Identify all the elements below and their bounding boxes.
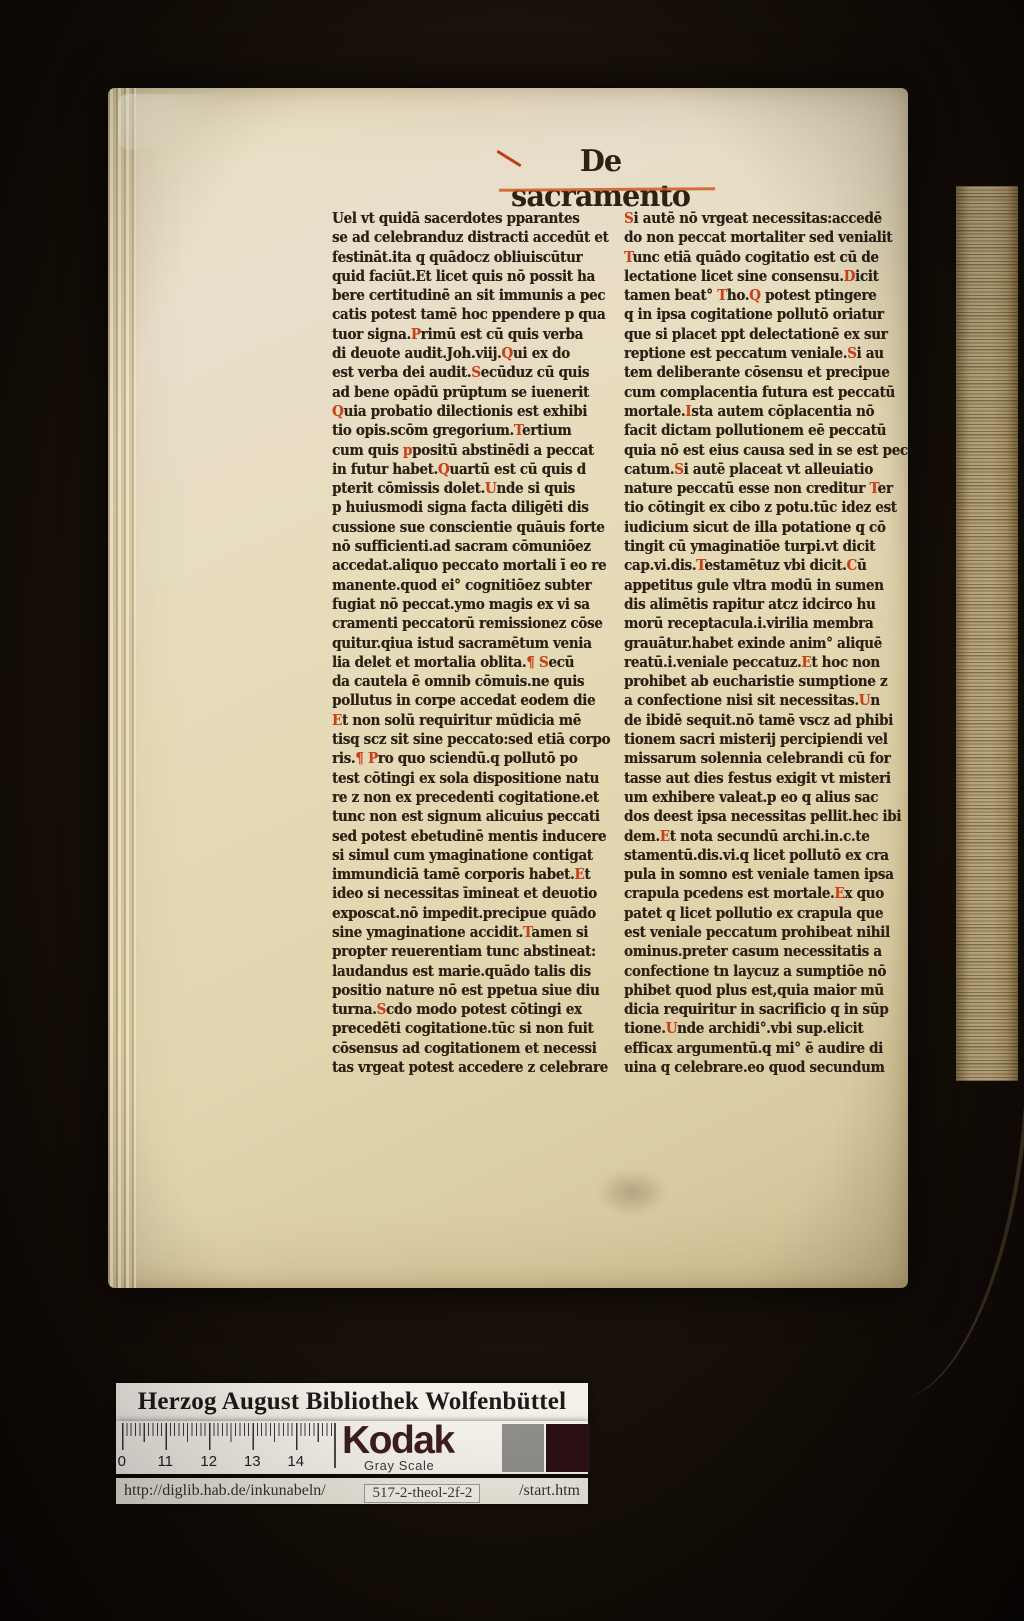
text-line: tionem sacri misterij percipiendi vel [624, 730, 882, 749]
text-line: est veniale peccatum prohibeat nihil [624, 923, 882, 942]
text-line: Si autē nō vrgeat necessitas:accedē [624, 209, 882, 228]
text-line: di deuote audit.Joh.viij.Qui ex do [332, 344, 590, 363]
ruler-unit-ticks [122, 1423, 336, 1450]
text-line: propter reuerentiam tunc abstineat: [332, 942, 590, 961]
text-line: patet q licet pollutio ex crapula que [624, 904, 882, 923]
text-line: facit dictam pollutionem eē peccatū [624, 421, 882, 440]
ruler-number: 14 [274, 1453, 318, 1470]
text-line: quitur.qiua istud sacramētum venia [332, 634, 590, 653]
url-strip: http://diglib.hab.de/inkunabeln/ 517-2-t… [116, 1478, 588, 1504]
text-line: sed potest ebetudinē mentis inducere [332, 827, 590, 846]
text-line: bere certitudinē an sit immunis a pec [332, 286, 590, 305]
ruler-separator [334, 1423, 336, 1468]
text-line: cramenti peccatorū remissionez cōse [332, 614, 590, 633]
page-deckle-edge [108, 88, 136, 1288]
text-line: cōsensus ad cogitationem et necessi [332, 1039, 590, 1058]
text-line: Uel vt quidā sacerdotes pparantes [332, 209, 590, 228]
text-line: fugiat nō peccat.ymo magis ex vi sa [332, 595, 590, 614]
ruler-numbers: 011121314 [100, 1451, 340, 1470]
text-line: si simul cum ymaginatione contigat [332, 846, 590, 865]
text-line: appetitus gule vltra modū in sumen [624, 576, 882, 595]
text-line: test cōtingi ex sola dispositione natu [332, 769, 590, 788]
text-line: lia delet et mortalia oblita.¶ Secū [332, 653, 590, 672]
text-line: pula in somno est veniale tamen ipsa [624, 865, 882, 884]
gray-scale-label: Gray Scale [364, 1458, 434, 1473]
text-line: dicia requiritur in sacrificio q in sūp [624, 1000, 882, 1019]
text-line: quid faciūt.Et licet quis nō possit ha [332, 267, 590, 286]
text-line: accedat.aliquo peccato mortali ī eo re [332, 556, 590, 575]
text-line: que si placet ppt delectationē ex sur [624, 325, 882, 344]
text-line: p huiusmodi signa facta diligēti dis [332, 498, 590, 517]
text-line: pollutus in corpe accedat eodem die [332, 691, 590, 710]
text-line: tione.Unde archidi°.vbi sup.elicit [624, 1019, 882, 1038]
text-line: se ad celebranduz distracti accedūt et [332, 228, 590, 247]
text-line: lectatione licet sine consensu.Dicit [624, 267, 882, 286]
text-line: tem deliberante cōsensu et precipue [624, 363, 882, 382]
text-line: cum quis ppositū abstinēdi a peccat [332, 441, 590, 460]
text-line: stamentū.dis.vi.q licet pollutō ex cra [624, 846, 882, 865]
url-prefix: http://diglib.hab.de/inkunabeln/ [124, 1482, 326, 1500]
text-line: do non peccat mortaliter sed venialit [624, 228, 882, 247]
text-line: nature peccatū esse non creditur Ter [624, 479, 882, 498]
text-line: laudandus est marie.quādo talis dis [332, 962, 590, 981]
page-title: De sacramento [493, 144, 708, 214]
text-line: tio cōtingit ex cibo z potu.tūc idez est [624, 498, 882, 517]
text-column-left: Uel vt quidā sacerdotes pparantesse ad c… [332, 209, 619, 1077]
text-line: um exhibere valeat.p eo q alius sac [624, 788, 882, 807]
fore-edge-text-lines [956, 186, 1018, 1081]
text-line: tamen beat° Tho.Q potest ptingere [624, 286, 882, 305]
text-line: est verba dei audit.Secūduz cū quis [332, 363, 590, 382]
text-line: crapula pcedens est mortale.Ex quo [624, 884, 882, 903]
text-line: tingit cū ymaginatiōe turpi.vt dicit [624, 537, 882, 556]
text-line: prohibet ab eucharistie sumptione z [624, 672, 882, 691]
text-line: positio nature nō est ppetua siue diu [332, 981, 590, 1000]
text-line: manente.quod ei° cognitiōez subter [332, 576, 590, 595]
text-line: immundiciā tamē corporis habet.Et [332, 865, 590, 884]
text-line: mortale.Ista autem cōplacentia nō [624, 402, 882, 421]
text-line: tuor signa.Primū est cū quis verba [332, 325, 590, 344]
ruler-number: 13 [231, 1453, 275, 1470]
text-line: de ibidē sequit.nō tamē vscz ad phibi [624, 711, 882, 730]
url-suffix: /start.htm [519, 1482, 580, 1500]
shelfmark: 517-2-theol-2f-2 [364, 1484, 480, 1503]
text-line: tunc non est signum alicuius peccati [332, 807, 590, 826]
text-line: dos deest ipsa necessitas pellit.hec ibi [624, 807, 882, 826]
text-line: sine ymaginatione accidit.Tamen si [332, 923, 590, 942]
text-line: reptione est peccatum veniale.Si au [624, 344, 882, 363]
text-line: catum.Si autē placeat vt alleuiatio [624, 460, 882, 479]
library-name: Herzog August Bibliothek Wolfenbüttel [116, 1383, 588, 1421]
text-line: dis alimētis rapitur atcz idcirco hu [624, 595, 882, 614]
text-line: in futur habet.Quartū est cū quis d [332, 460, 590, 479]
gray-scale-patch-dark [546, 1424, 590, 1472]
text-line: festināt.ita q quādocz obliuiscūtur [332, 248, 590, 267]
photo-stage: De sacramento Uel vt quidā sacerdotes pp… [0, 0, 1024, 1621]
text-line: ad bene opādū prūptum se iuenerit [332, 383, 590, 402]
text-line: ominus.preter casum necessitatis a [624, 942, 882, 961]
text-line: missarum solennia celebrandi cū for [624, 749, 882, 768]
text-line: tasse aut dies festus exigit vt misteri [624, 769, 882, 788]
text-line: uina q celebrare.eo quod secundum [624, 1058, 882, 1077]
page-stain [582, 1160, 682, 1225]
text-line: precedēti cogitatione.tūc si non fuit [332, 1019, 590, 1038]
text-line: catis potest tamē hoc ppendere p qua [332, 305, 590, 324]
text-line: ris.¶ Pro quo sciendū.q pollutō po [332, 749, 590, 768]
text-line: da cautela ē omnib cōmuis.ne quis [332, 672, 590, 691]
ruler-number: 12 [187, 1453, 231, 1470]
text-line: phibet quod plus est,quia maior mū [624, 981, 882, 1000]
text-line: morū receptacula.i.virilia membra [624, 614, 882, 633]
text-line: re z non ex precedenti cogitatione.et [332, 788, 590, 807]
text-line: Tunc etiā quādo cogitatio est cū de [624, 248, 882, 267]
text-line: tio opis.scōm gregorium.Tertium [332, 421, 590, 440]
text-line: q in ipsa cogitatione pollutō oriatur [624, 305, 882, 324]
text-column-right: Si autē nō vrgeat necessitas:accedēdo no… [624, 209, 911, 1077]
text-line: ideo si necessitas īmineat et deuotio [332, 884, 590, 903]
text-line: cap.vi.dis.Testamētuz vbi dicit.Cū [624, 556, 882, 575]
kodak-logo: Kodak [342, 1419, 454, 1463]
text-line: cum complacentia futura est peccatū [624, 383, 882, 402]
text-line: reatū.i.veniale peccatuz.Et hoc non [624, 653, 882, 672]
ruler-number: 0 [100, 1453, 144, 1470]
text-line: cussione sue conscientie quāuis forte [332, 518, 590, 537]
text-line: tas vrgeat potest accedere z celebrare [332, 1058, 590, 1077]
text-line: confectione tn laycuz a sumptiōe nō [624, 962, 882, 981]
gray-scale-patch-light [502, 1424, 544, 1472]
page-corner-highlight [118, 94, 228, 149]
text-line: Quia probatio dilectionis est exhibi [332, 402, 590, 421]
text-line: efficax argumentū.q mi° ē audire di [624, 1039, 882, 1058]
text-line: grauātur.habet exinde anim° aliquē [624, 634, 882, 653]
ruler-number: 11 [144, 1453, 188, 1470]
text-line: pterit cōmissis dolet.Unde si quis [332, 479, 590, 498]
text-line: tisq scz sit sine peccato:sed etiā corpo [332, 730, 590, 749]
text-line: quia nō est eius causa sed in se est pec [624, 441, 882, 460]
text-line: dem.Et nota secundū archi.in.c.te [624, 827, 882, 846]
text-line: exposcat.nō impedit.precipue quādo [332, 904, 590, 923]
text-line: turna.Scdo modo potest cōtingi ex [332, 1000, 590, 1019]
text-line: iudicium sicut de illa potatione q cō [624, 518, 882, 537]
text-line: nō sufficienti.ad sacram cōmuniōez [332, 537, 590, 556]
text-line: a confectione nisi sit necessitas.Un [624, 691, 882, 710]
text-line: Et non solū requiritur mūdicia mē [332, 711, 590, 730]
